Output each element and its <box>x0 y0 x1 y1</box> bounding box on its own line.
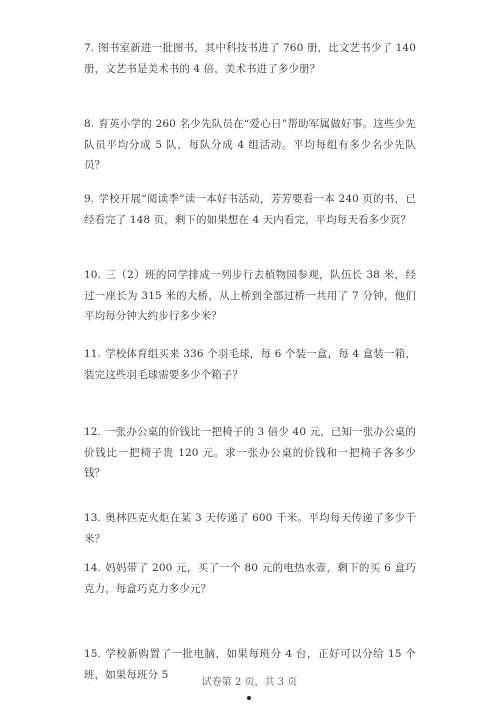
question-number: 13. <box>84 512 101 524</box>
question-12: 12.一张办公桌的价钱比一把椅子的 3 倍少 40 元，已知一张办公桌的价钱比一… <box>84 422 416 484</box>
question-14: 14.妈妈带了 200 元，买了一个 80 元的电热水壶，剩下的买 6 盒巧克力… <box>84 558 416 599</box>
question-number: 14. <box>84 562 101 574</box>
question-text: 一张办公桌的价钱比一把椅子的 3 倍少 40 元，已知一张办公桌的价钱比一把椅子… <box>84 426 416 479</box>
question-text: 学校开展“阅读季”读一本好书活动，芳芳要看一本 240 页的书，已经看完了 14… <box>84 193 416 226</box>
question-7: 7.图书室新进一批图书，其中科技书进了 760 册，比文艺书少了 140 册，文… <box>84 38 416 79</box>
question-number: 8. <box>84 118 94 130</box>
question-number: 7. <box>84 42 94 54</box>
question-number: 11. <box>84 348 101 360</box>
question-11: 11.学校体育组买来 336 个羽毛球，每 6 个装一盒，每 4 盒装一箱，装完… <box>84 344 416 385</box>
question-number: 12. <box>84 426 101 438</box>
bullet-dot-icon <box>247 696 251 700</box>
page-footer: 试卷第 2 页，共 3 页 <box>0 673 499 688</box>
question-text: 妈妈带了 200 元，买了一个 80 元的电热水壶，剩下的买 6 盒巧克力，每盒… <box>84 562 416 595</box>
question-9: 9.学校开展“阅读季”读一本好书活动，芳芳要看一本 240 页的书，已经看完了 … <box>84 189 416 230</box>
question-number: 9. <box>84 193 94 205</box>
question-number: 10. <box>84 269 101 281</box>
question-text: 学校体育组买来 336 个羽毛球，每 6 个装一盒，每 4 盒装一箱，装完这些羽… <box>84 348 416 381</box>
question-text: 育英小学的 260 名少先队员在“爱心日”帮助军属做好事。这些少先队员平均分成 … <box>84 118 416 171</box>
question-10: 10.三（2）班的同学排成一列步行去植物园参观，队伍长 38 米，经过一座长为 … <box>84 265 416 327</box>
question-text: 图书室新进一批图书，其中科技书进了 760 册，比文艺书少了 140 册，文艺书… <box>84 42 416 75</box>
exam-page: 7.图书室新进一批图书，其中科技书进了 760 册，比文艺书少了 140 册，文… <box>0 0 499 706</box>
question-13: 13.奥林匹克火炬在某 3 天传递了 600 千米。平均每天传递了多少千米？ <box>84 508 416 549</box>
question-number: 15. <box>84 648 101 660</box>
question-8: 8.育英小学的 260 名少先队员在“爱心日”帮助军属做好事。这些少先队员平均分… <box>84 114 416 176</box>
question-text: 三（2）班的同学排成一列步行去植物园参观，队伍长 38 米，经过一座长为 315… <box>84 269 416 322</box>
question-text: 奥林匹克火炬在某 3 天传递了 600 千米。平均每天传递了多少千米？ <box>84 512 416 545</box>
